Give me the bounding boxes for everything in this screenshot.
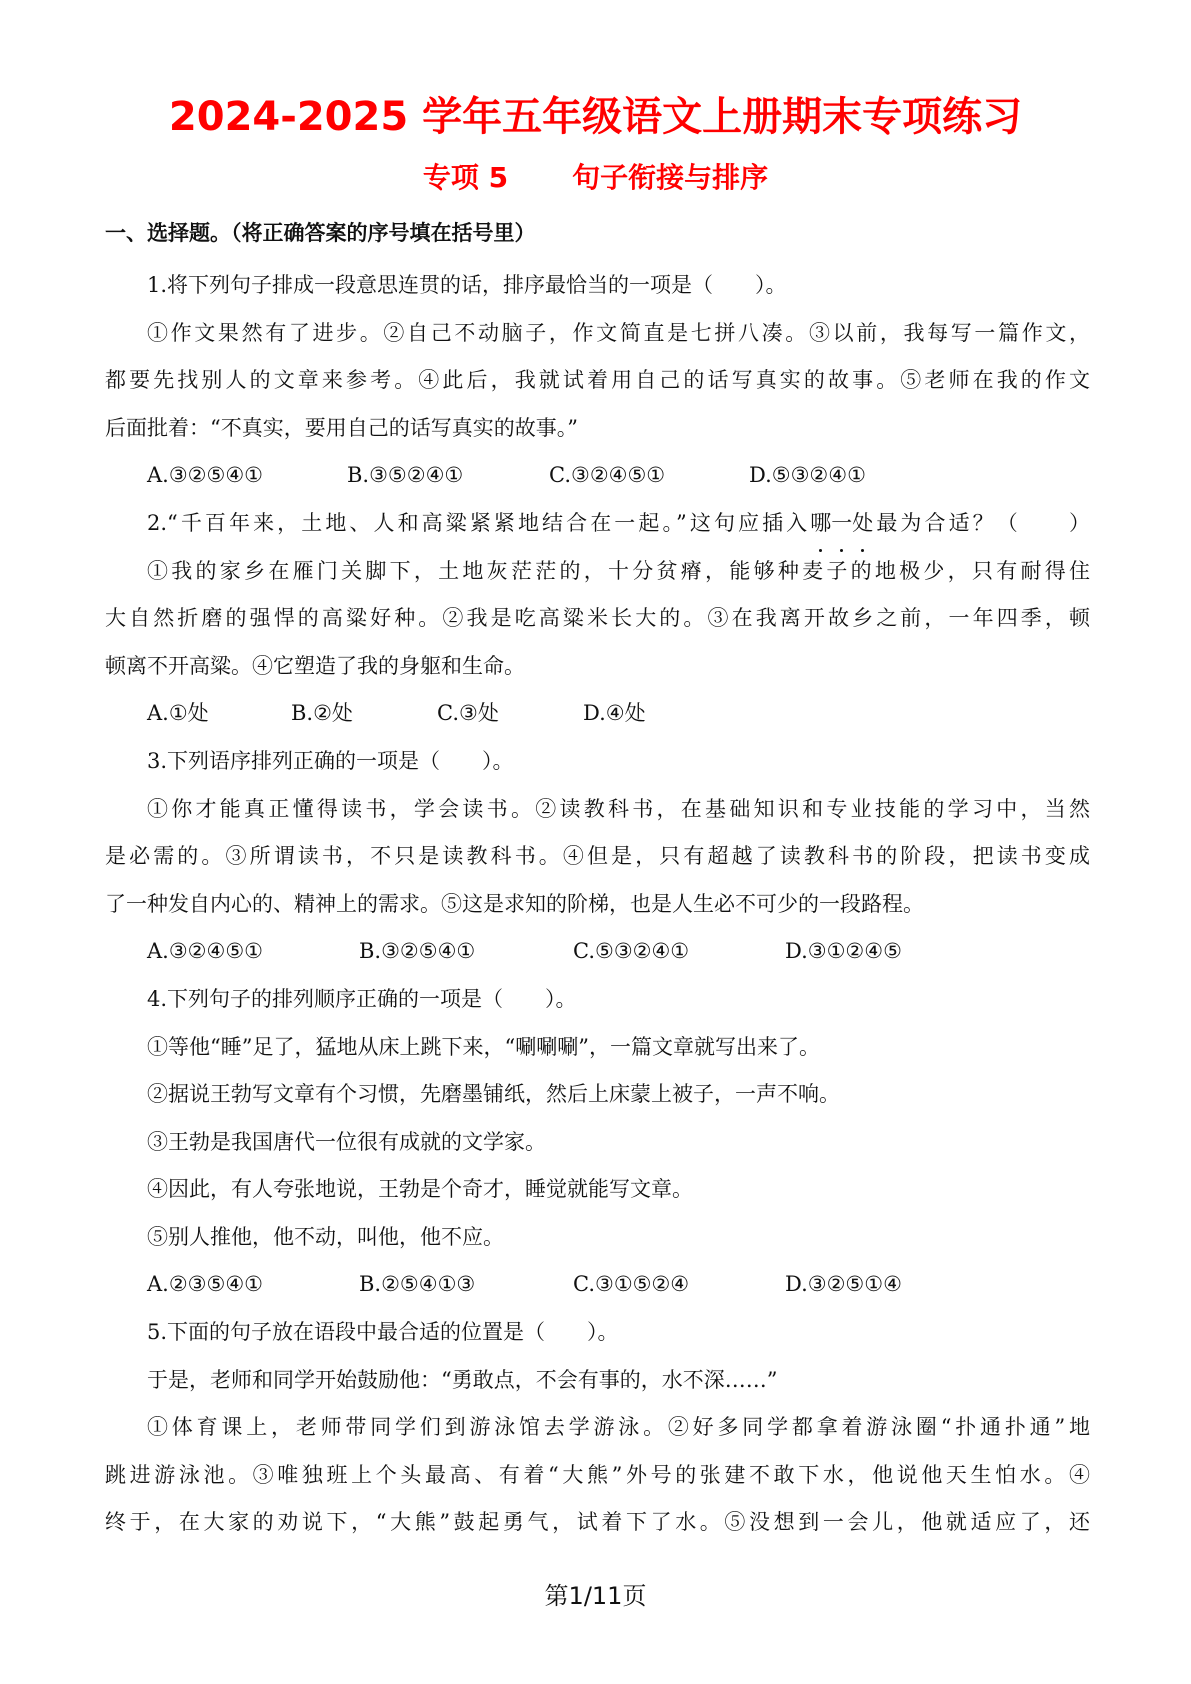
question-1-stem: 1.将下列句子排成一段意思连贯的话，排序最恰当的一项是（ ）。 (105, 262, 1090, 310)
subtitle-topic-number: 专项 5 (423, 161, 508, 194)
question-5-body-line: 跳进游泳池。③唯独班上个头最高、有着“大熊”外号的张建不敢下水，他说他天生怕水。… (105, 1452, 1090, 1500)
option-a: A.②③⑤④① (147, 1261, 359, 1309)
option-b: B.③②⑤④① (359, 928, 573, 976)
document-page: 2024-2025 学年五年级语文上册期末专项练习 专项 5句子衔接与排序 一、… (0, 0, 1191, 1684)
question-2-stem-after: 最为合适？（ ） (873, 511, 1090, 535)
option-b: B.②处 (291, 690, 437, 738)
option-d: D.④处 (583, 690, 646, 738)
emphasis-dotted-text: 哪一处 (810, 511, 873, 535)
option-b: B.③⑤②④① (347, 452, 549, 500)
question-2-body-line: 大自然折磨的强悍的高粱好种。②我是吃高粱米长大的。③在我离开故乡之前，一年四季，… (105, 595, 1090, 643)
option-d: D.⑤③②④① (749, 452, 866, 500)
question-3-stem: 3.下列语序排列正确的一项是（ ）。 (105, 738, 1090, 786)
question-2-body-line: 顿离不开高粱。④它塑造了我的身躯和生命。 (105, 643, 1090, 691)
option-b: B.②⑤④①③ (359, 1261, 573, 1309)
page-number: 第1/11页 (0, 1580, 1191, 1612)
emphasis-dotted-char: 处 (852, 500, 873, 548)
question-1-body-line: 后面批着：“不真实，要用自己的话写真实的故事。” (105, 405, 1090, 453)
question-5-stem: 5.下面的句子放在语段中最合适的位置是（ ）。 (105, 1309, 1090, 1357)
question-1-body-line: 都要先找别人的文章来参考。④此后，我就试着用自己的话写真实的故事。⑤老师在我的作… (105, 357, 1090, 405)
question-5-insert-sentence: 于是，老师和同学开始鼓励他：“勇敢点，不会有事的，水不深……” (105, 1357, 1090, 1405)
question-5-body-line: 终于，在大家的劝说下，“大熊”鼓起勇气，试着下了水。⑤没想到一会儿，他就适应了，… (105, 1499, 1090, 1547)
question-4-stem: 4.下列句子的排列顺序正确的一项是（ ）。 (105, 976, 1090, 1024)
question-1-body-line: ①作文果然有了进步。②自己不动脑子，作文简直是七拼八凑。③以前，我每写一篇作文， (105, 310, 1090, 358)
option-d: D.③①②④⑤ (785, 928, 902, 976)
question-2-stem-before: 2.“千百年来，土地、人和高粱紧紧地结合在一起。”这句应插入 (147, 511, 810, 535)
option-c: C.③①⑤②④ (573, 1261, 785, 1309)
question-5-body-line: ①体育课上，老师带同学们到游泳馆去学游泳。②好多同学都拿着游泳圈“扑通扑通”地 (105, 1404, 1090, 1452)
option-a: A.③②⑤④① (147, 452, 347, 500)
option-c: C.③②④⑤① (549, 452, 749, 500)
emphasis-dotted-char: 一 (831, 500, 852, 548)
question-3-body-line: ①你才能真正懂得读书，学会读书。②读教科书，在基础知识和专业技能的学习中，当然 (105, 786, 1090, 834)
question-3-body-line: 是必需的。③所谓读书，不只是读教科书。④但是，只有超越了读教科书的阶段，把读书变… (105, 833, 1090, 881)
question-4-item: ②据说王勃写文章有个习惯，先磨墨铺纸，然后上床蒙上被子，一声不响。 (105, 1071, 1090, 1119)
option-a: A.③②④⑤① (147, 928, 359, 976)
question-2-body-line: ①我的家乡在雁门关脚下，土地灰茫茫的，十分贫瘠，能够种麦子的地极少，只有耐得住 (105, 548, 1090, 596)
question-3-options: A.③②④⑤① B.③②⑤④① C.⑤③②④① D.③①②④⑤ (105, 928, 1090, 976)
question-4-options: A.②③⑤④① B.②⑤④①③ C.③①⑤②④ D.③②⑤①④ (105, 1261, 1090, 1309)
page-title: 2024-2025 学年五年级语文上册期末专项练习 (0, 92, 1191, 142)
option-a: A.①处 (147, 690, 291, 738)
question-2-stem: 2.“千百年来，土地、人和高粱紧紧地结合在一起。”这句应插入哪一处最为合适？（ … (105, 500, 1090, 548)
subtitle-topic-name: 句子衔接与排序 (572, 161, 768, 194)
option-d: D.③②⑤①④ (785, 1261, 902, 1309)
question-2-options: A.①处 B.②处 C.③处 D.④处 (105, 690, 1090, 738)
emphasis-dotted-char: 哪 (810, 500, 831, 548)
option-c: C.⑤③②④① (573, 928, 785, 976)
question-4-item: ④因此，有人夸张地说，王勃是个奇才，睡觉就能写文章。 (105, 1166, 1090, 1214)
section-heading: 一、选择题。（将正确答案的序号填在括号里） (105, 218, 536, 248)
question-list: 1.将下列句子排成一段意思连贯的话，排序最恰当的一项是（ ）。 ①作文果然有了进… (105, 262, 1090, 1547)
question-4-item: ①等他“睡”足了，猛地从床上跳下来，“唰唰唰”，一篇文章就写出来了。 (105, 1024, 1090, 1072)
question-3-body-line: 了一种发自内心的、精神上的需求。⑤这是求知的阶梯，也是人生必不可少的一段路程。 (105, 881, 1090, 929)
question-4-item: ⑤别人推他，他不动，叫他，他不应。 (105, 1214, 1090, 1262)
question-1-options: A.③②⑤④① B.③⑤②④① C.③②④⑤① D.⑤③②④① (105, 452, 1090, 500)
option-c: C.③处 (437, 690, 583, 738)
question-4-item: ③王勃是我国唐代一位很有成就的文学家。 (105, 1119, 1090, 1167)
page-subtitle: 专项 5句子衔接与排序 (0, 158, 1191, 198)
